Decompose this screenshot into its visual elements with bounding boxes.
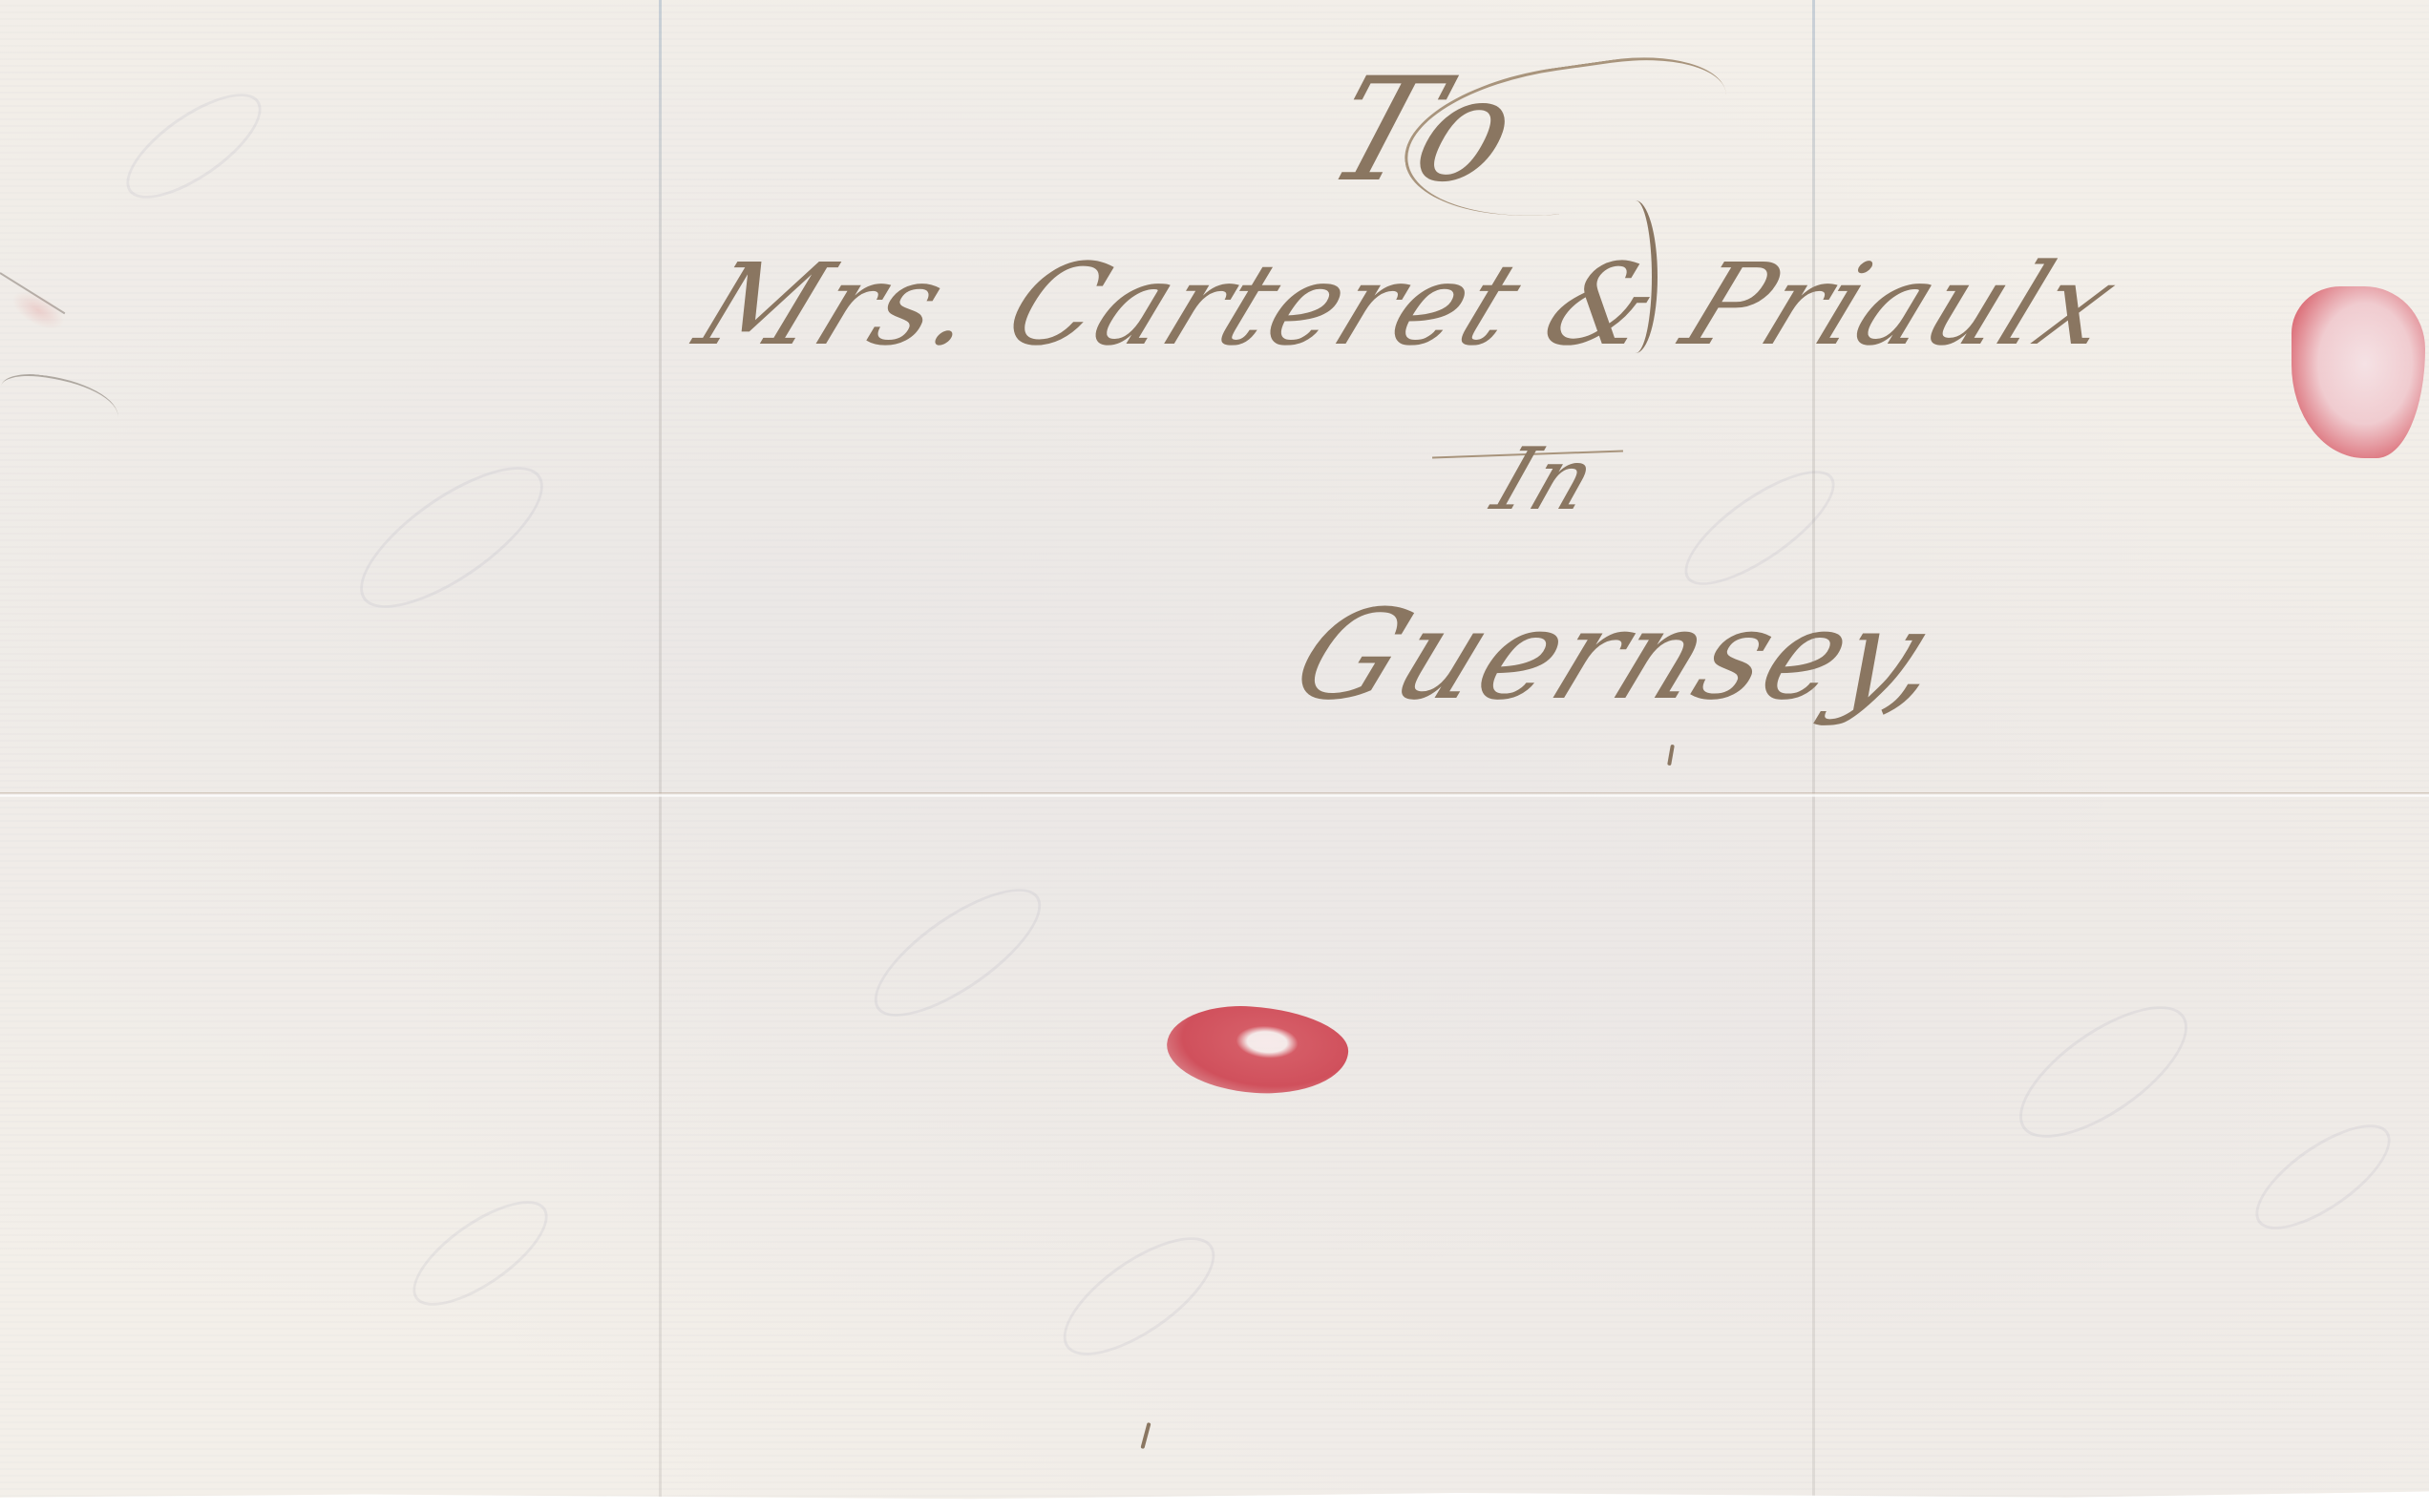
red-wax-trace [7,283,71,337]
addressee-name: Mrs. Carteret & Priaulx [680,239,2138,370]
bleed-through-stroke [340,442,563,633]
wax-seal-center [1164,1000,1351,1099]
letter-sheet: To Mrs. Carteret & Priaulx In Guernsey, [0,0,2429,1503]
horizontal-fold [0,792,2429,797]
bleed-through-stroke [856,867,1059,1039]
paper-tear [0,371,121,433]
ink-mark [1140,1422,1151,1449]
bleed-through-stroke [111,74,277,217]
vertical-fold-left [659,0,662,1503]
bleed-through-stroke [2240,1105,2406,1248]
ink-mark [1667,745,1675,766]
bleed-through-stroke [1999,982,2207,1163]
in-word: In [1481,430,1611,530]
bleed-through-stroke [1046,1216,1233,1377]
destination-guernsey: Guernsey, [1274,582,1972,727]
wax-seal-right-edge [2292,286,2425,458]
bleed-through-stroke [397,1182,563,1324]
vertical-fold-right [1812,0,1815,1503]
